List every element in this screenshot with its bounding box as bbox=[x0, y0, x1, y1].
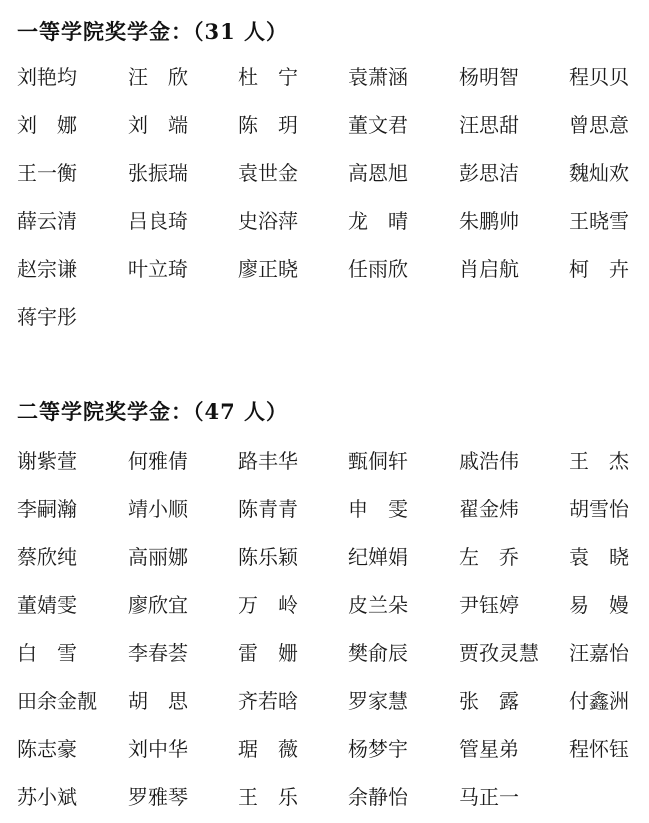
student-name: 柯 卉 bbox=[569, 256, 629, 282]
student-name: 易 嫚 bbox=[569, 592, 629, 618]
student-name: 王 乐 bbox=[238, 784, 298, 810]
student-name: 陈乐颖 bbox=[238, 544, 298, 570]
student-name: 谢紫萱 bbox=[17, 448, 77, 474]
student-name: 王 杰 bbox=[569, 448, 629, 474]
student-name: 曾思意 bbox=[569, 112, 629, 138]
student-name: 张 露 bbox=[459, 688, 519, 714]
student-name: 左 乔 bbox=[459, 544, 519, 570]
student-name: 樊俞辰 bbox=[348, 640, 408, 666]
student-name: 胡雪怡 bbox=[569, 496, 629, 522]
student-name: 翟金炜 bbox=[459, 496, 519, 522]
student-name: 汪 欣 bbox=[128, 64, 188, 90]
student-name: 龙 晴 bbox=[348, 208, 408, 234]
name-row: 蒋宇彤 bbox=[17, 304, 649, 330]
section-title-1: 一等学院奖学金：（31 人） bbox=[17, 20, 288, 44]
name-row: 田余金靓胡 思齐若晗罗家慧张 露付鑫洲 bbox=[17, 688, 649, 714]
student-name: 苏小斌 bbox=[17, 784, 77, 810]
student-name: 刘 娜 bbox=[17, 112, 77, 138]
student-name: 贾孜灵慧 bbox=[459, 640, 539, 666]
student-name: 王一衡 bbox=[17, 160, 77, 186]
name-row: 李嗣瀚靖小顺陈青青申 雯翟金炜胡雪怡 bbox=[17, 496, 649, 522]
student-name: 付鑫洲 bbox=[569, 688, 629, 714]
student-name: 刘 端 bbox=[128, 112, 188, 138]
name-row: 赵宗谦叶立琦廖正晓任雨欣肖启航柯 卉 bbox=[17, 256, 649, 282]
student-name: 袁 晓 bbox=[569, 544, 629, 570]
student-name: 赵宗谦 bbox=[17, 256, 77, 282]
student-name: 李春荟 bbox=[128, 640, 188, 666]
student-name: 程怀钰 bbox=[569, 736, 629, 762]
student-name: 齐若晗 bbox=[238, 688, 298, 714]
name-row: 谢紫萱何雅倩路丰华甄侗轩戚浩伟王 杰 bbox=[17, 448, 649, 474]
student-name: 甄侗轩 bbox=[348, 448, 408, 474]
student-name: 何雅倩 bbox=[128, 448, 188, 474]
student-name: 刘中华 bbox=[128, 736, 188, 762]
name-row: 刘 娜刘 端陈 玥董文君汪思甜曾思意 bbox=[17, 112, 649, 138]
student-name: 胡 思 bbox=[128, 688, 188, 714]
student-name: 薛云清 bbox=[17, 208, 77, 234]
student-name: 史浴萍 bbox=[238, 208, 298, 234]
student-name: 罗雅琴 bbox=[128, 784, 188, 810]
student-name: 廖欣宜 bbox=[128, 592, 188, 618]
student-name: 田余金靓 bbox=[17, 688, 97, 714]
student-name: 纪婵娟 bbox=[348, 544, 408, 570]
student-name: 靖小顺 bbox=[128, 496, 188, 522]
student-name: 袁世金 bbox=[238, 160, 298, 186]
student-name: 万 岭 bbox=[238, 592, 298, 618]
student-name: 王晓雪 bbox=[569, 208, 629, 234]
student-name: 李嗣瀚 bbox=[17, 496, 77, 522]
student-name: 申 雯 bbox=[348, 496, 408, 522]
name-row: 董婧雯廖欣宜万 岭皮兰朵尹钰婷易 嫚 bbox=[17, 592, 649, 618]
student-name: 马正一 bbox=[459, 784, 519, 810]
student-name: 汪思甜 bbox=[459, 112, 519, 138]
student-name: 叶立琦 bbox=[128, 256, 188, 282]
student-name: 刘艳均 bbox=[17, 64, 77, 90]
student-name: 管星弟 bbox=[459, 736, 519, 762]
student-name: 琚 薇 bbox=[238, 736, 298, 762]
student-name: 吕良琦 bbox=[128, 208, 188, 234]
student-name: 袁萧涵 bbox=[348, 64, 408, 90]
student-name: 董婧雯 bbox=[17, 592, 77, 618]
name-row: 薛云清吕良琦史浴萍龙 晴朱鹏帅王晓雪 bbox=[17, 208, 649, 234]
name-row: 王一衡张振瑞袁世金高恩旭彭思洁魏灿欢 bbox=[17, 160, 649, 186]
student-name: 罗家慧 bbox=[348, 688, 408, 714]
student-name: 白 雪 bbox=[17, 640, 77, 666]
student-name: 蔡欣纯 bbox=[17, 544, 77, 570]
name-row: 苏小斌罗雅琴王 乐余静怡马正一 bbox=[17, 784, 649, 810]
name-row: 白 雪李春荟雷 姗樊俞辰贾孜灵慧汪嘉怡 bbox=[17, 640, 649, 666]
student-name: 汪嘉怡 bbox=[569, 640, 629, 666]
student-name: 陈志豪 bbox=[17, 736, 77, 762]
student-name: 余静怡 bbox=[348, 784, 408, 810]
student-name: 戚浩伟 bbox=[459, 448, 519, 474]
student-name: 陈 玥 bbox=[238, 112, 298, 138]
student-name: 张振瑞 bbox=[128, 160, 188, 186]
student-name: 雷 姗 bbox=[238, 640, 298, 666]
student-name: 肖启航 bbox=[459, 256, 519, 282]
student-name: 皮兰朵 bbox=[348, 592, 408, 618]
name-row: 陈志豪刘中华琚 薇杨梦宇管星弟程怀钰 bbox=[17, 736, 649, 762]
student-name: 路丰华 bbox=[238, 448, 298, 474]
section-title-2: 二等学院奖学金：（47 人） bbox=[17, 400, 288, 424]
student-name: 任雨欣 bbox=[348, 256, 408, 282]
student-name: 蒋宇彤 bbox=[17, 304, 77, 330]
student-name: 高恩旭 bbox=[348, 160, 408, 186]
student-name: 魏灿欢 bbox=[569, 160, 629, 186]
student-name: 彭思洁 bbox=[459, 160, 519, 186]
student-name: 杨梦宇 bbox=[348, 736, 408, 762]
name-row: 蔡欣纯高丽娜陈乐颖纪婵娟左 乔袁 晓 bbox=[17, 544, 649, 570]
student-name: 高丽娜 bbox=[128, 544, 188, 570]
student-name: 杜 宁 bbox=[238, 64, 298, 90]
name-row: 刘艳均汪 欣杜 宁袁萧涵杨明智程贝贝 bbox=[17, 64, 649, 90]
student-name: 董文君 bbox=[348, 112, 408, 138]
student-name: 廖正晓 bbox=[238, 256, 298, 282]
student-name: 杨明智 bbox=[459, 64, 519, 90]
student-name: 陈青青 bbox=[238, 496, 298, 522]
student-name: 程贝贝 bbox=[569, 64, 629, 90]
student-name: 朱鹏帅 bbox=[459, 208, 519, 234]
student-name: 尹钰婷 bbox=[459, 592, 519, 618]
